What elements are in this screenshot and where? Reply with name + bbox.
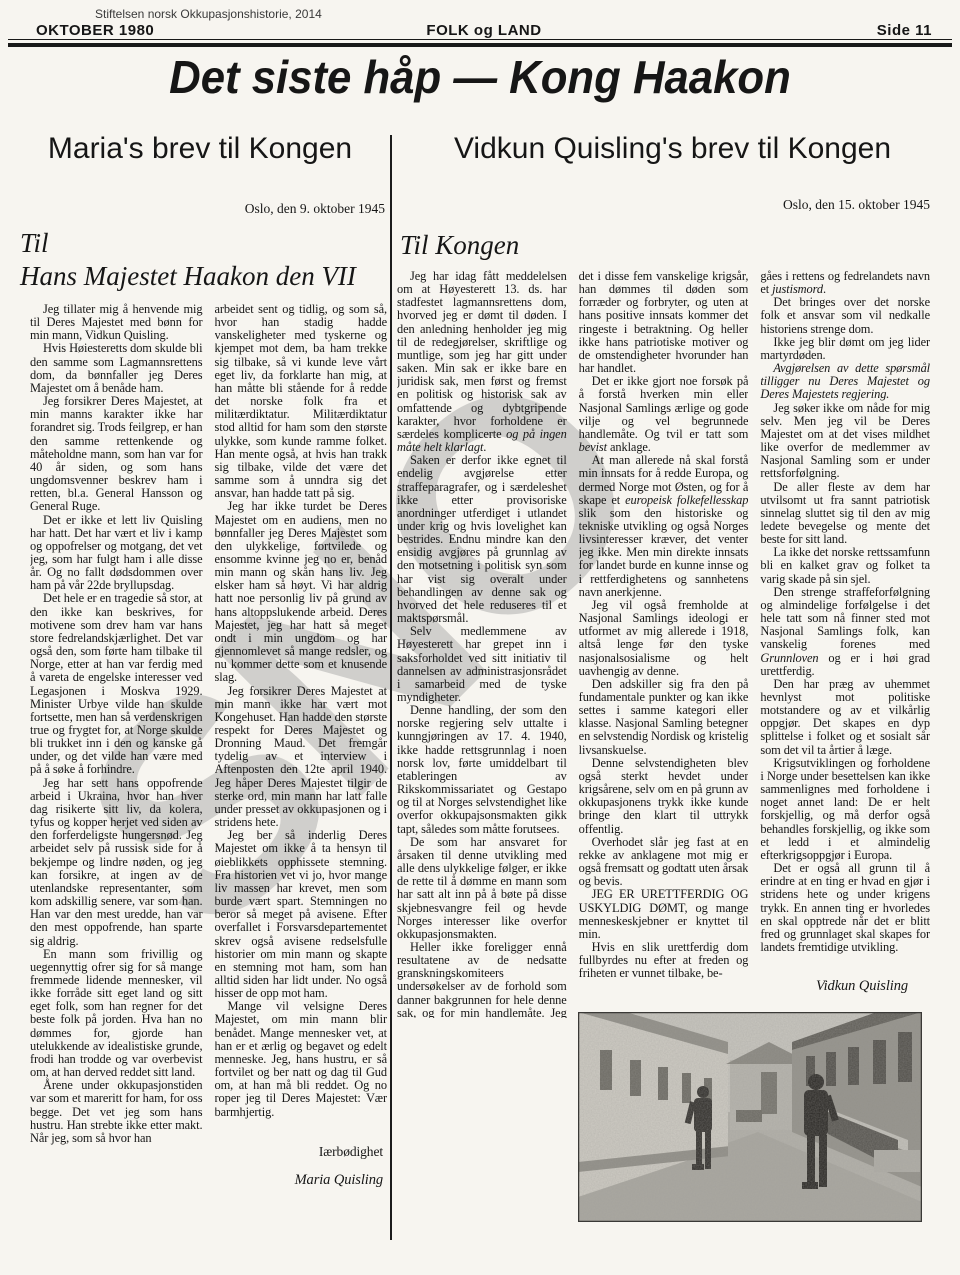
- maria-column-2: arbeidet sent og tidlig, og som så, hvor…: [215, 303, 388, 1187]
- paragraph: Det er ikke gjort noe forsøk på å forstå…: [579, 375, 749, 454]
- paragraph: arbeidet sent og tidlig, og som så, hvor…: [215, 303, 388, 500]
- paragraph: La ikke det norske rettssamfunn bli en k…: [760, 546, 930, 585]
- paragraph: Mange vil velsigne Deres Majestet, om mi…: [215, 1000, 388, 1118]
- paragraph: Det bringes over det norske folk et ansv…: [760, 296, 930, 335]
- paragraph: Årene under okkupasjonstiden var som et …: [30, 1079, 203, 1145]
- quisling-column-2: det i disse fem vanskelige krigsår, han …: [579, 270, 749, 1018]
- maria-salutation: Til Hans Majestet Haakon den VII: [20, 227, 356, 293]
- paragraph: Det er ikke et lett liv Quisling har hat…: [30, 514, 203, 593]
- maria-signature-block: Iærbødighet Maria Quisling: [215, 1145, 388, 1187]
- page-title: Det siste håp — Kong Haakon: [24, 50, 936, 104]
- prison-yard-guards-photo: [578, 1012, 922, 1222]
- maria-letter-body: Jeg tillater mig å henvende mig til Dere…: [30, 303, 387, 1187]
- paragraph: En mann som frivillig og uegennyttig ofr…: [30, 948, 203, 1080]
- paragraph: gåes i rettens og fedrelandets navn et j…: [760, 270, 930, 296]
- quisling-letter-body: Jeg har idag fått meddelelsen om at Høye…: [397, 270, 930, 1018]
- quisling-letter-heading: Vidkun Quisling's brev til Kongen: [400, 132, 945, 166]
- paragraph: det i disse fem vanskelige krigsår, han …: [579, 270, 749, 375]
- paragraph: Ikke jeg blir dømt om jeg lider martyrdø…: [760, 336, 930, 362]
- paragraph: Jeg har sett hans oppofrende arbeid i Uk…: [30, 777, 203, 948]
- paragraph: Jeg søker ikke om nåde for mig selv. Men…: [760, 402, 930, 481]
- paragraph: Det hele er en tragedie så stor, at den …: [30, 592, 203, 776]
- paragraph: Heller ikke foreligger ennå resultatene …: [397, 941, 567, 1018]
- paragraph: De som har ansvaret for årsaken til denn…: [397, 836, 567, 941]
- quisling-dateline: Oslo, den 15. oktober 1945: [680, 197, 930, 213]
- quisling-signature-block: Vidkun Quisling: [760, 980, 930, 993]
- quisling-signature: Vidkun Quisling: [760, 980, 926, 993]
- paragraph: JEG ER URETTFERDIG OG USKYLDIG DØMT, og …: [579, 888, 749, 941]
- masthead: OKTOBER 1980 FOLK og LAND Side 11: [36, 22, 932, 39]
- masthead-date: OKTOBER 1980: [36, 22, 256, 39]
- paragraph: Hvis en slik urettferdig dom fullbyrdes …: [579, 941, 749, 980]
- masthead-paper-name: FOLK og LAND: [256, 22, 712, 39]
- paragraph: Jeg tillater mig å henvende mig til Dere…: [30, 303, 203, 342]
- paragraph: Selv medlemmene av Høyesterett har grepe…: [397, 625, 567, 704]
- paragraph: Denne selvstendigheten blev også sterkt …: [579, 757, 749, 836]
- paragraph: At man allerede nå skal forstå min innsa…: [579, 454, 749, 599]
- paragraph: Den strenge straffeforfølgning og almind…: [760, 586, 930, 678]
- masthead-page-number: Side 11: [712, 22, 932, 39]
- quisling-salutation: Til Kongen: [400, 229, 519, 262]
- paragraph: Jeg forsikrer Deres Majestet at min mann…: [215, 685, 388, 830]
- paragraph: Jeg forsikrer Deres Majestet, at min man…: [30, 395, 203, 513]
- paragraph: Jeg ber så inderlig Deres Majestet om ik…: [215, 829, 388, 1000]
- paragraph: Avgjørelsen av dette spørsmål tilligger …: [760, 362, 930, 401]
- archive-credit: Stiftelsen norsk Okkupasjonshistorie, 20…: [95, 7, 322, 21]
- column-divider: [390, 135, 392, 1240]
- paragraph: Jeg har ikke turdet be Deres Majestet om…: [215, 500, 388, 684]
- paragraph: Jeg vil også fremholde at Nasjonal Samli…: [579, 599, 749, 678]
- page-content: Stiftelsen norsk Okkupasjonshistorie, 20…: [0, 0, 960, 1275]
- newspaper-page: SNO Stiftelsen norsk Okkupasjonshistorie…: [0, 0, 960, 1275]
- masthead-rule-thick: [8, 43, 952, 47]
- paragraph: Jeg har idag fått meddelelsen om at Høye…: [397, 270, 567, 454]
- maria-closing: Iærbødighet: [215, 1145, 384, 1158]
- paragraph: Overhodet slår jeg fast at en rekke av a…: [579, 836, 749, 889]
- maria-column-1: Jeg tillater mig å henvende mig til Dere…: [30, 303, 203, 1187]
- masthead-rule-thin: [8, 39, 952, 40]
- maria-salutation-line1: Til: [20, 227, 356, 260]
- paragraph: Den adskiller sig fra den på fundamental…: [579, 678, 749, 757]
- paragraph: Hvis Høiesteretts dom skulde bli den sam…: [30, 342, 203, 395]
- maria-signature: Maria Quisling: [215, 1174, 384, 1187]
- maria-salutation-line2: Hans Majestet Haakon den VII: [20, 260, 356, 293]
- quisling-column-3: gåes i rettens og fedrelandets navn et j…: [760, 270, 930, 1018]
- maria-dateline: Oslo, den 9. oktober 1945: [150, 201, 385, 217]
- paragraph: Denne handling, der som den norske regje…: [397, 704, 567, 836]
- paragraph: Saken er derfor ikke egnet til endelig a…: [397, 454, 567, 625]
- paragraph: De aller fleste av dem har utvilsomt ut …: [760, 481, 930, 547]
- quisling-column-1: Jeg har idag fått meddelelsen om at Høye…: [397, 270, 567, 1018]
- paragraph: Den har præg av uhemmet hevnlyst mot pol…: [760, 678, 930, 757]
- maria-letter-heading: Maria's brev til Kongen: [20, 132, 380, 166]
- paragraph: Det er også all grunn til å erindre at e…: [760, 862, 930, 954]
- paragraph: Krigsutviklingen og forholdene i Norge u…: [760, 757, 930, 862]
